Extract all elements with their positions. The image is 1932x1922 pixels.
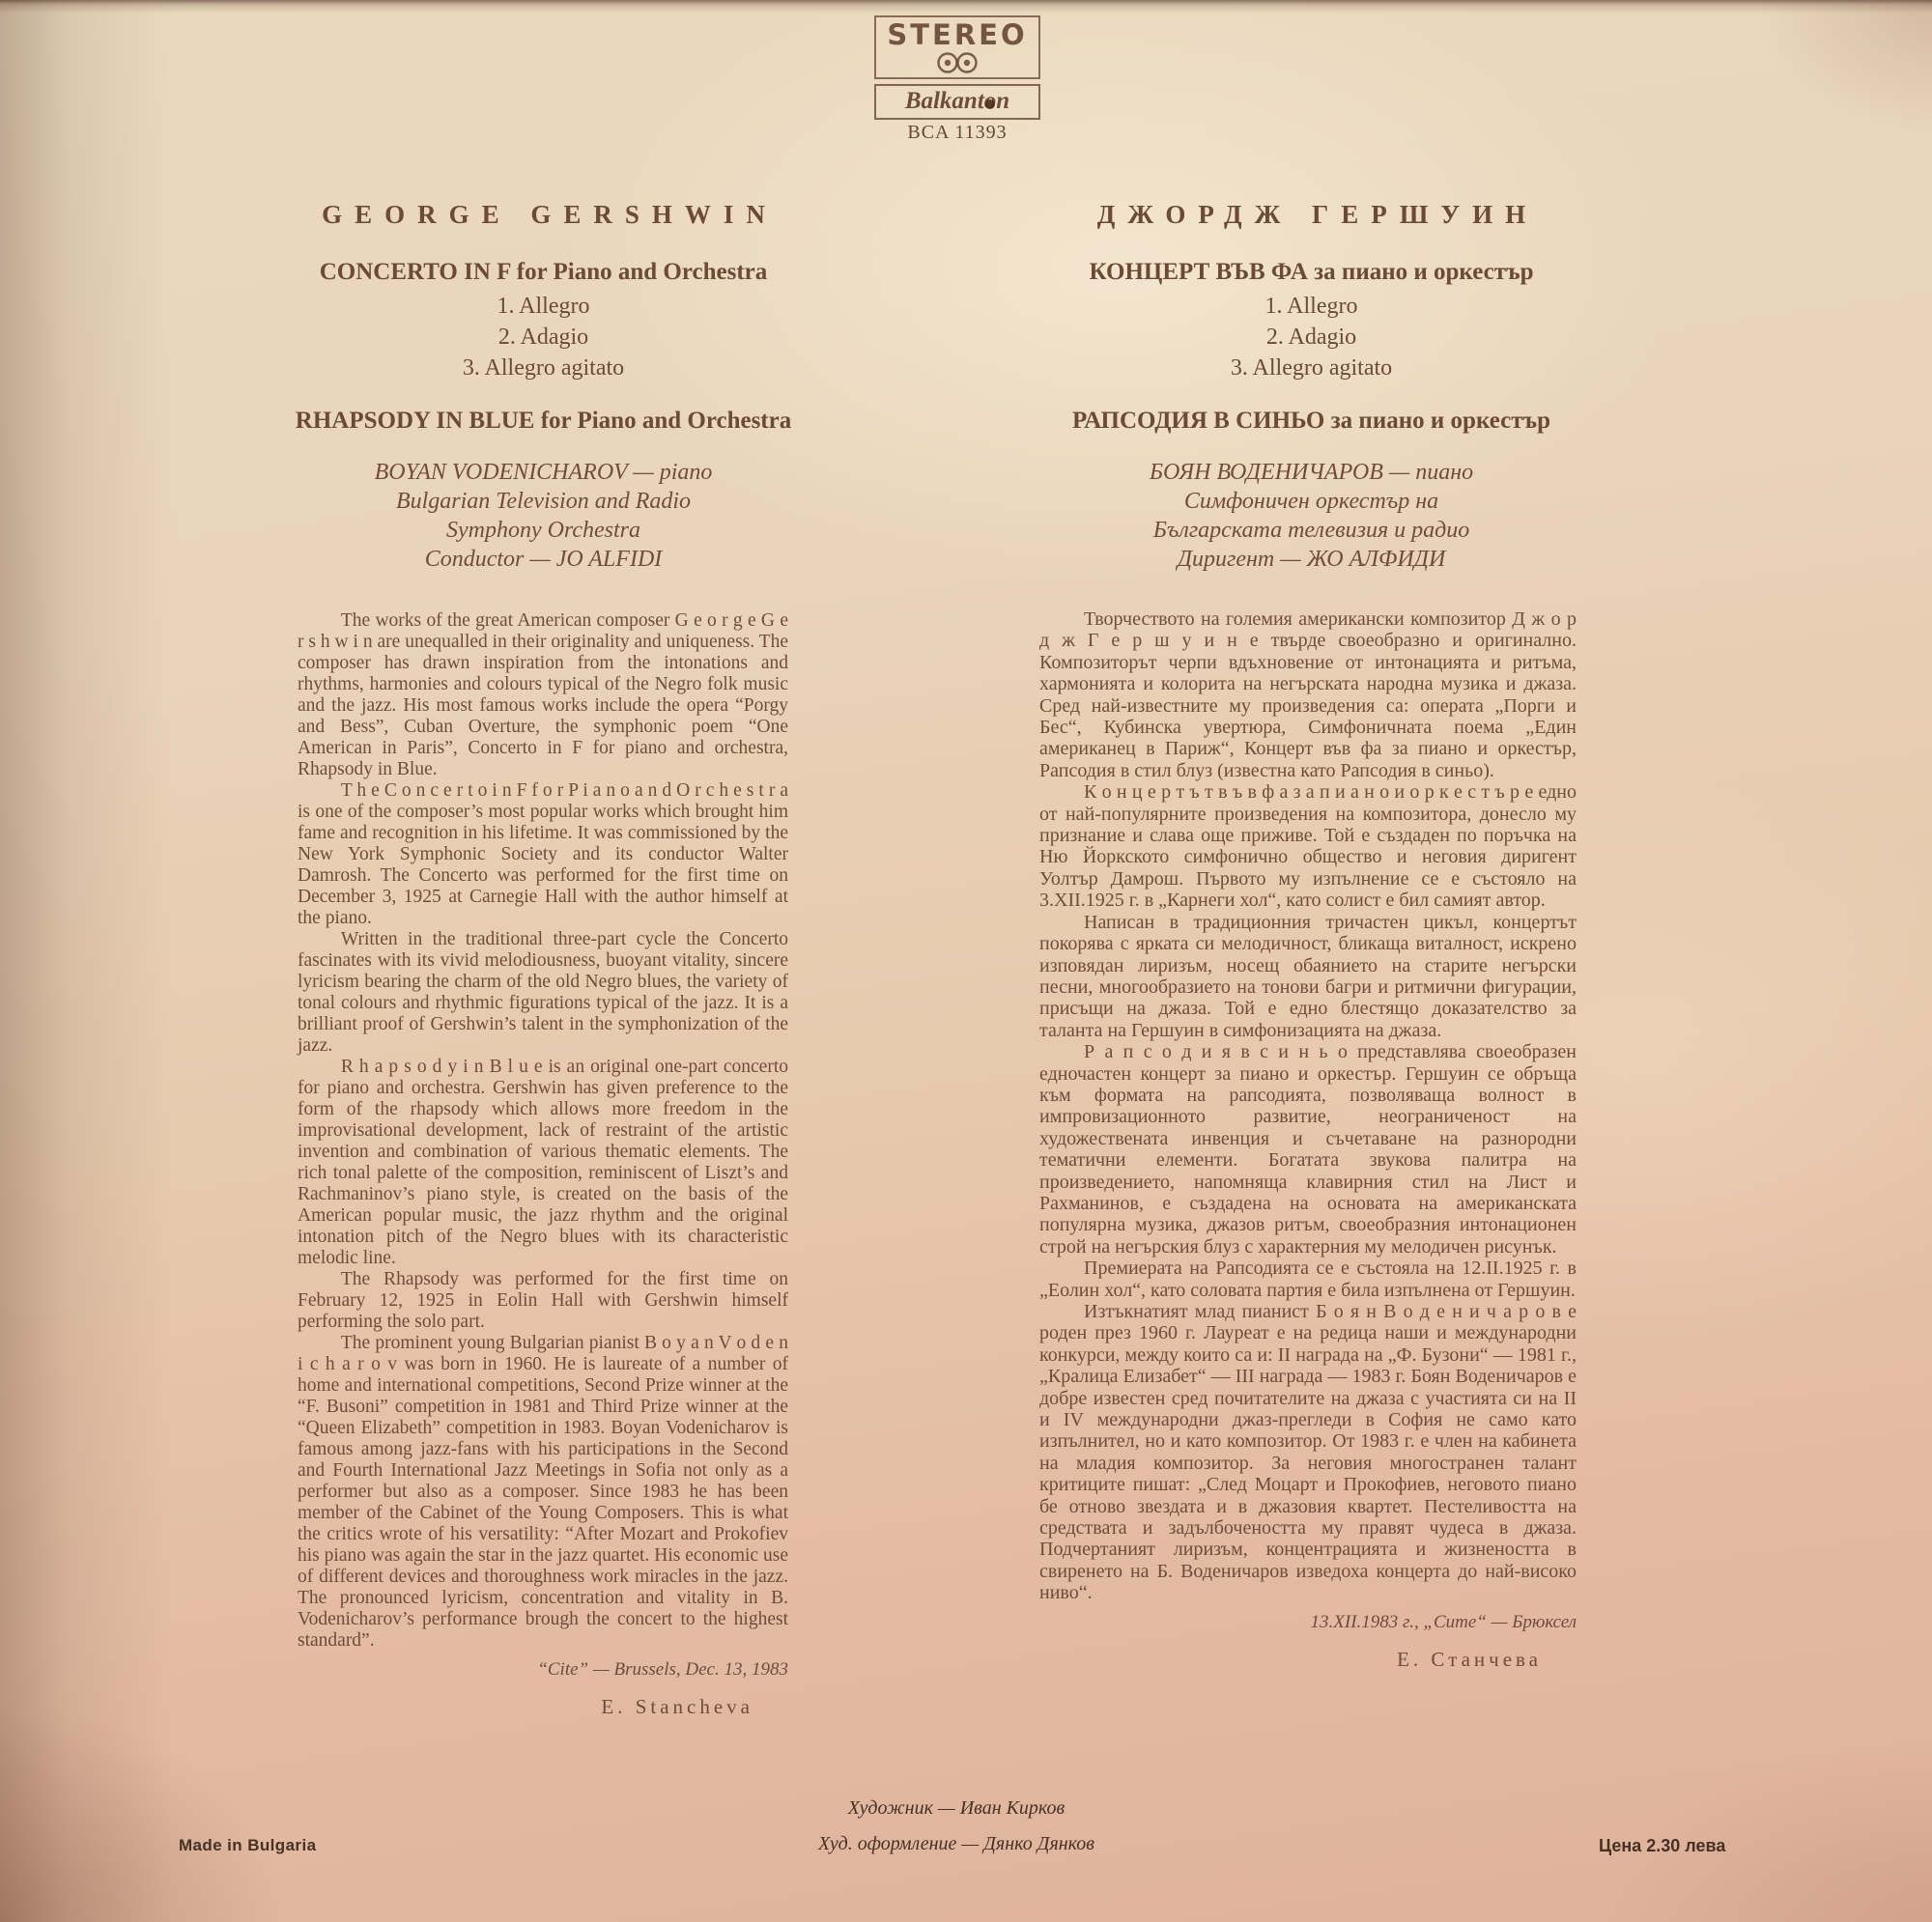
liner-notes-bulgarian: Творчеството на големия американски комп… bbox=[1039, 608, 1577, 1671]
conductor-credit-bulgarian: Диригент — ЖО АЛФИДИ bbox=[1038, 545, 1584, 574]
catalog-number: BCA 11393 bbox=[874, 122, 1040, 144]
work1-title-bulgarian: КОНЦЕРТ ВЪВ ФА за пиано и оркестър bbox=[1038, 259, 1584, 286]
layout-designer-credit: Худ. оформление — Дянко Дянков bbox=[676, 1833, 1236, 1855]
essay-paragraph: Изтъкнатият млад пианист Б о я н В о д е… bbox=[1039, 1301, 1577, 1604]
essay-paragraph: The prominent young Bulgarian pianist B … bbox=[298, 1333, 788, 1652]
composer-name-bulgarian: ДЖОРДЖ ГЕРШУИН bbox=[1038, 200, 1584, 230]
stereo-reels-icon bbox=[929, 50, 985, 75]
essay-paragraph: T h e C o n c e r t o i n F f o r P i a … bbox=[298, 780, 788, 929]
movement-1: 1. Allegro bbox=[295, 291, 792, 322]
essay-paragraph: Написан в традиционния тричастен цикъл, … bbox=[1039, 912, 1577, 1041]
work2-title-bulgarian: РАПСОДИЯ В СИНЬО за пиано и оркестър bbox=[1038, 408, 1584, 435]
performers-block-english: BOYAN VODENICHAROV — piano Bulgarian Tel… bbox=[295, 458, 792, 574]
essay-paragraph: Р а п с о д и я в с и н ь о представлява… bbox=[1039, 1041, 1577, 1258]
title-block-bulgarian: ДЖОРДЖ ГЕРШУИН КОНЦЕРТ ВЪВ ФА за пиано и… bbox=[1038, 200, 1584, 435]
movement-3: 3. Allegro agitato bbox=[295, 353, 792, 383]
movement-3: 3. Allegro agitato bbox=[1038, 353, 1584, 383]
cover-artist-credit: Художник — Иван Кирков bbox=[676, 1797, 1236, 1820]
movement-2: 2. Adagio bbox=[295, 322, 792, 353]
essay-paragraph: The Rhapsody was performed for the first… bbox=[298, 1269, 788, 1333]
quote-source-bulgarian: 13.XII.1983 г., „Сите“ — Брюксел bbox=[1039, 1612, 1577, 1633]
label-logo: STEREO Balkanton bbox=[874, 15, 1040, 120]
stereo-label: STEREO bbox=[876, 20, 1038, 49]
notes-author-english: E. Stancheva bbox=[298, 1696, 788, 1717]
movement-2: 2. Adagio bbox=[1038, 322, 1584, 353]
made-in-label: Made in Bulgaria bbox=[179, 1836, 316, 1855]
essay-paragraph: The works of the great American composer… bbox=[298, 610, 788, 780]
stereo-logo: STEREO bbox=[874, 15, 1040, 79]
orchestra-credit-english-line1: Bulgarian Television and Radio bbox=[295, 487, 792, 516]
record-sleeve-back bbox=[0, 0, 1932, 1922]
orchestra-credit-english-line2: Symphony Orchestra bbox=[295, 516, 792, 545]
design-credits: Художник — Иван Кирков Худ. оформление —… bbox=[676, 1797, 1236, 1855]
orchestra-credit-bulgarian-line1: Симфоничен оркестър на bbox=[1038, 487, 1584, 516]
essay-paragraph: К о н ц е р т ъ т в ъ в ф а з а п и а н … bbox=[1039, 781, 1577, 911]
orchestra-credit-bulgarian-line2: Българската телевизия и радио bbox=[1038, 516, 1584, 545]
performers-block-bulgarian: БОЯН ВОДЕНИЧАРОВ — пиано Симфоничен орке… bbox=[1038, 458, 1584, 574]
balkanton-logo: Balkanton bbox=[874, 84, 1040, 120]
quote-source-english: “Cite” — Brussels, Dec. 13, 1983 bbox=[298, 1659, 788, 1681]
notes-author-bulgarian: Е. Станчева bbox=[1039, 1649, 1577, 1670]
movement-1: 1. Allegro bbox=[1038, 291, 1584, 322]
essay-paragraph: Творчеството на големия американски комп… bbox=[1039, 608, 1577, 781]
conductor-credit-english: Conductor — JO ALFIDI bbox=[295, 545, 792, 574]
essay-paragraph: Written in the traditional three-part cy… bbox=[298, 929, 788, 1057]
composer-name-english: GEORGE GERSHWIN bbox=[295, 200, 792, 230]
title-block-english: GEORGE GERSHWIN CONCERTO IN F for Piano … bbox=[295, 200, 792, 435]
record-dot-icon bbox=[985, 99, 995, 109]
liner-notes-english: The works of the great American composer… bbox=[298, 610, 788, 1717]
price-label: Цена 2.30 лева bbox=[1599, 1836, 1725, 1856]
pianist-credit-bulgarian: БОЯН ВОДЕНИЧАРОВ — пиано bbox=[1038, 458, 1584, 487]
essay-paragraph: Премиерата на Рапсодията се е състояла н… bbox=[1039, 1258, 1577, 1301]
work2-title-english: RHAPSODY IN BLUE for Piano and Orchestra bbox=[295, 408, 792, 435]
pianist-credit-english: BOYAN VODENICHAROV — piano bbox=[295, 458, 792, 487]
essay-paragraph: R h a p s o d y i n B l u e is an origin… bbox=[298, 1057, 788, 1269]
work1-title-english: CONCERTO IN F for Piano and Orchestra bbox=[295, 259, 792, 286]
